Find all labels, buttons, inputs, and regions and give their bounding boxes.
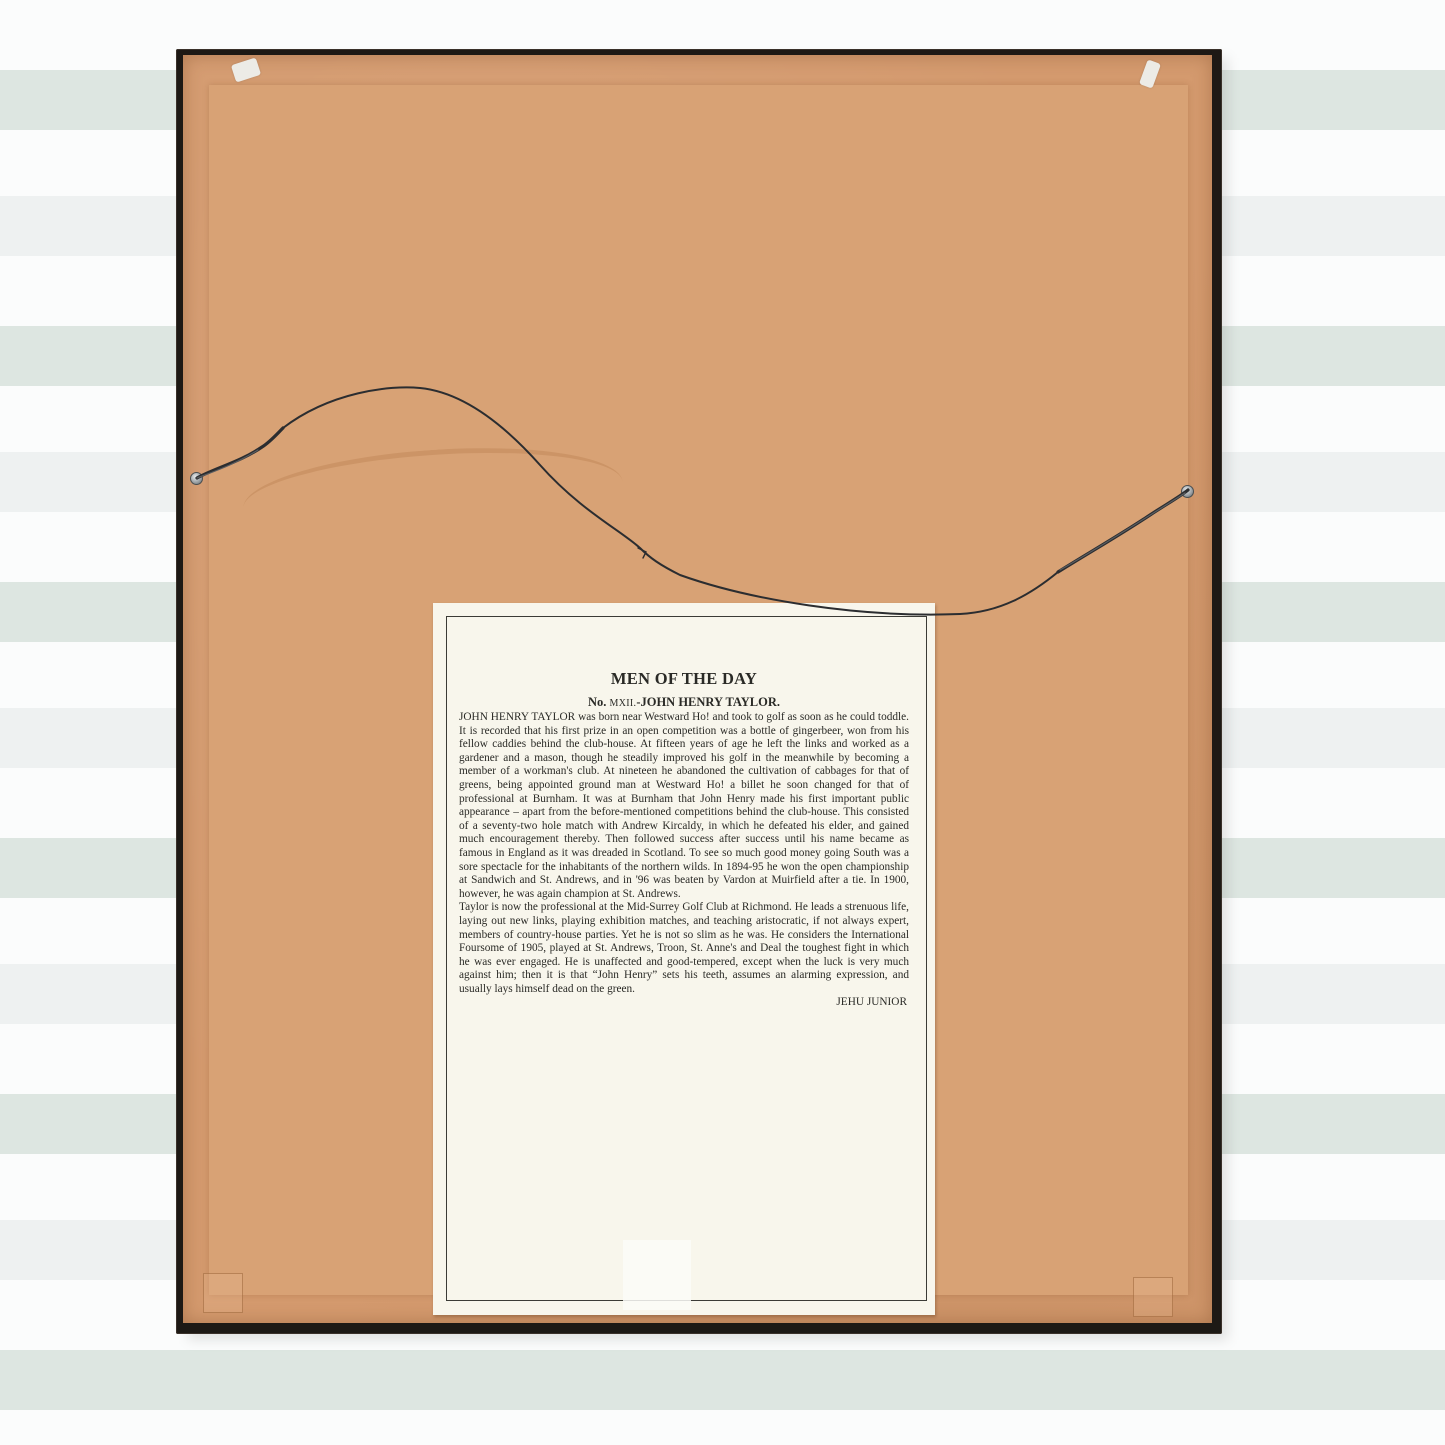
label-paragraph-1: JOHN HENRY TAYLOR was born near Westward… (459, 711, 909, 901)
label-content: MEN OF THE DAY No. MXII.-JOHN HENRY TAYL… (459, 669, 909, 1010)
history-label-card: MEN OF THE DAY No. MXII.-JOHN HENRY TAYL… (433, 603, 935, 1315)
screw-eye-right-icon (1181, 485, 1194, 498)
label-subtitle: No. MXII.-JOHN HENRY TAYLOR. (459, 695, 909, 710)
label-title: MEN OF THE DAY (459, 669, 909, 689)
label-signature: JEHU JUNIOR (459, 996, 909, 1010)
label-paragraph-2: Taylor is now the professional at the Mi… (459, 901, 909, 996)
corner-patch-bottom-left (203, 1273, 243, 1313)
screw-eye-left-icon (190, 472, 203, 485)
subtitle-name: -JOHN HENRY TAYLOR. (636, 695, 780, 709)
label-tape (623, 1240, 691, 1310)
corner-patch-bottom-right (1133, 1277, 1173, 1317)
subtitle-number: MXII. (610, 698, 637, 709)
subtitle-prefix: No. (588, 695, 610, 709)
tape-top-left (231, 57, 261, 82)
